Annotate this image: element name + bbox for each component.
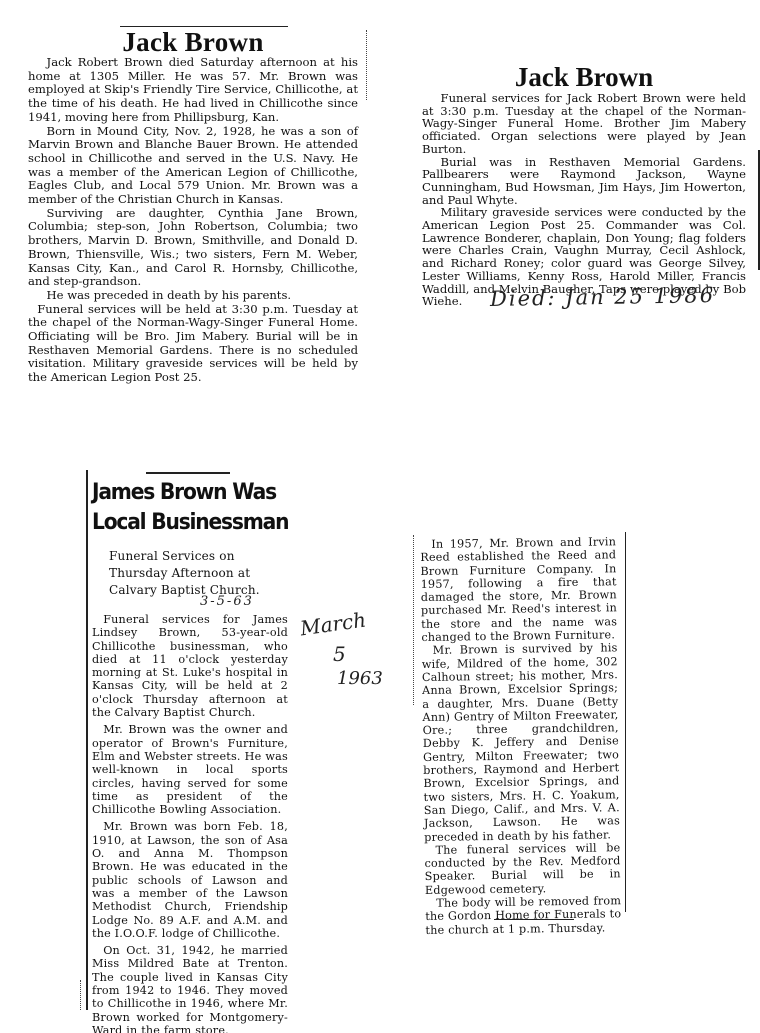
clip1-edge-marks (366, 30, 369, 100)
clip3-deck-line1: Funeral Services on (109, 548, 288, 565)
handwritten-death-date: Died: Jan 25 1986 (490, 283, 716, 311)
clip3-edge-marks (80, 980, 83, 1010)
clip1-paragraph: He was preceded in death by his parents. (28, 289, 358, 303)
handwritten-month: March (299, 608, 368, 641)
clip3-top-rule (146, 472, 230, 474)
clip3-subheadline: Funeral Services on Thursday Afternoon a… (109, 548, 288, 599)
clip3-left-edge (86, 470, 88, 1010)
clip1-title: Jack Brown (28, 28, 358, 56)
clip3-deck-line2: Thursday Afternoon at (109, 565, 288, 582)
clip4-paragraph: Mr. Brown is survived by his wife, Mildr… (421, 642, 620, 844)
clip4-left-edge-marks (413, 535, 416, 705)
clip2-title: Jack Brown (422, 62, 746, 92)
obituary-clipping-jack-brown-1: Jack Brown Jack Robert Brown died Saturd… (28, 28, 358, 385)
clip4-paragraph: The funeral services will be conducted b… (424, 841, 621, 897)
handwritten-year: 1963 (337, 668, 383, 689)
handwritten-date-short: 3-5-63 (200, 594, 254, 609)
clip4-paragraph: The body will be removed from the Gordon… (425, 894, 622, 937)
clip1-paragraph: Born in Mound City, Nov. 2, 1928, he was… (28, 125, 358, 207)
clip3-paragraph: Mr. Brown was born Feb. 18, 1910, at Law… (92, 820, 288, 940)
clip3-deck-line3: Calvary Baptist Church. (109, 582, 288, 599)
clip3-body: Funeral services for James Lindsey Brown… (92, 613, 288, 1033)
handwritten-day: 5 (333, 642, 346, 666)
clip1-paragraph: Funeral services will be held at 3:30 p.… (28, 303, 358, 385)
clip3-paragraph: On Oct. 31, 1942, he married Miss Mildre… (92, 944, 288, 1033)
clip4-right-edge (625, 532, 626, 912)
clip1-paragraph: Surviving are daughter, Cynthia Jane Bro… (28, 207, 358, 289)
clip4-end-rule (494, 919, 574, 920)
clip3-headline-line1: James Brown Was (92, 478, 272, 508)
clip3-paragraph: Funeral services for James Lindsey Brown… (92, 613, 288, 719)
obituary-clipping-james-brown-continued: In 1957, Mr. Brown and Irvin Reed establ… (420, 535, 622, 937)
clip2-paragraph: Funeral services for Jack Robert Brown w… (422, 92, 746, 156)
obituary-clipping-james-brown: James Brown Was Local Businessman Funera… (92, 478, 288, 1033)
clip3-headline-line2: Local Businessman (92, 508, 272, 538)
clip1-paragraph: Jack Robert Brown died Saturday afternoo… (28, 56, 358, 125)
clip2-paragraph: Burial was in Resthaven Memorial Gardens… (422, 156, 746, 207)
clip4-paragraph: In 1957, Mr. Brown and Irvin Reed establ… (420, 535, 617, 644)
clip3-paragraph: Mr. Brown was the owner and operator of … (92, 723, 288, 816)
funeral-notice-clipping-jack-brown-2: Jack Brown Funeral services for Jack Rob… (422, 62, 746, 308)
